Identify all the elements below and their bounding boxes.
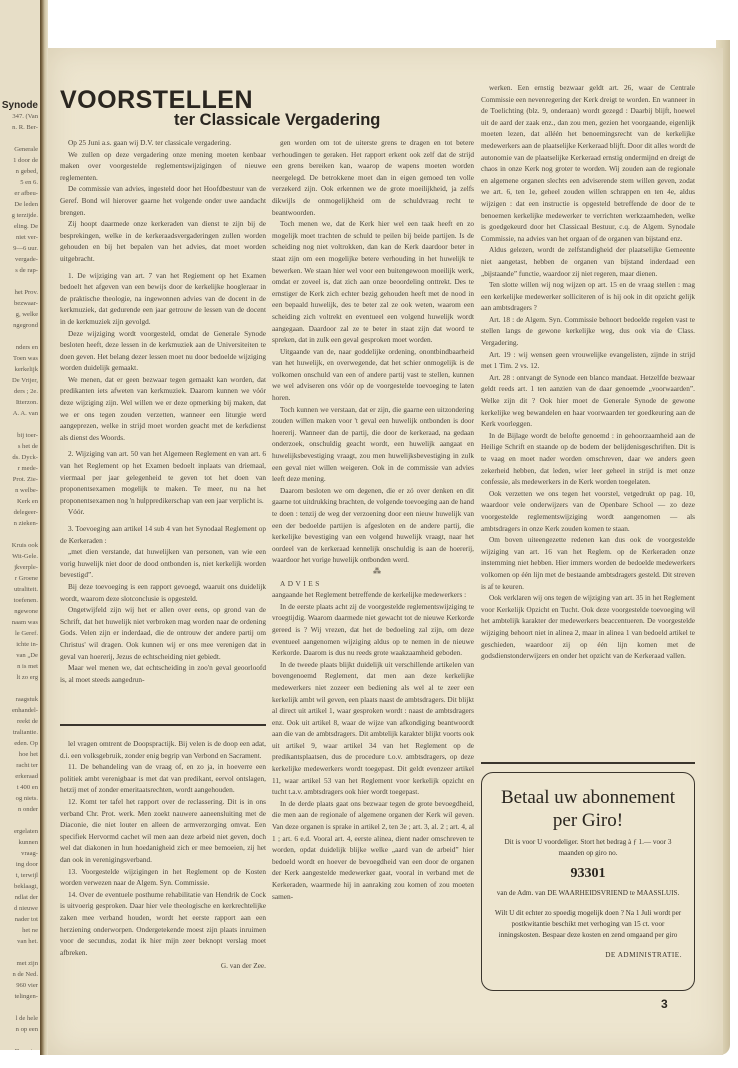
facing-page-line: 1 door de: [0, 155, 38, 166]
paragraph: Ook verklaren wij ons tegen de wijziging…: [481, 592, 695, 662]
facing-page-line: n. R. Ber-: [0, 122, 38, 133]
facing-page-line: toefenen.: [0, 595, 38, 606]
facing-page-fragment: Synode 347. (Vann. R. Ber- Generale1 doo…: [0, 0, 40, 1050]
facing-page-line: l de hele: [0, 1013, 38, 1024]
column-1-bottom: lel vragen omtrent de Doopspractijk. Bij…: [60, 738, 266, 972]
paragraph: werken. Een ernstig bezwaar geldt art. 2…: [481, 82, 695, 244]
facing-page-line: van het.: [0, 936, 38, 947]
facing-page-line: ngewone: [0, 606, 38, 617]
facing-page-line: t 400 en: [0, 782, 38, 793]
facing-page-line: niet ver-: [0, 232, 38, 243]
facing-page-line: raagstuk: [0, 694, 38, 705]
facing-page-line: ders ; 2e.: [0, 386, 38, 397]
ad-divider-rule: [481, 762, 695, 764]
facing-page-line: met zijn: [0, 958, 38, 969]
paragraph: lel vragen omtrent de Doopspractijk. Bij…: [60, 738, 266, 761]
facing-page-line: het Prov.: [0, 287, 38, 298]
paragraph: Bij deze toevoeging is een rapport gevoe…: [60, 581, 266, 604]
facing-page-line: De leden: [0, 199, 38, 210]
facing-page-line: kerkelijk: [0, 364, 38, 375]
facing-page-line: Prot. Zie-: [0, 474, 38, 485]
ad-text-3: Wilt U dit echter zo spoedig mogelijk do…: [482, 908, 694, 942]
paragraph: 2. Wijziging van art. 50 van het Algemee…: [60, 448, 266, 506]
paragraph: Toch menen we, dat de Kerk hier wel een …: [272, 218, 474, 346]
facing-page-line: s de rap-: [0, 265, 38, 276]
facing-page-line: nders en: [0, 342, 38, 353]
column-1-top: Op 25 Juni a.s. gaan wij D.V. ter classi…: [60, 137, 266, 685]
paragraph: Op 25 Juni a.s. gaan wij D.V. ter classi…: [60, 137, 266, 149]
column-3: werken. Een ernstig bezwaar geldt art. 2…: [481, 82, 695, 662]
facing-page-line: ndlat der: [0, 892, 38, 903]
ad-headline-2: per Giro!: [482, 809, 694, 833]
facing-page-line: ergelaten: [0, 826, 38, 837]
paragraph: We menen, dat er geen bezwaar tegen gema…: [60, 374, 266, 444]
facing-page-line: ds. Dyck-: [0, 452, 38, 463]
facing-page-line: og niets.: [0, 793, 38, 804]
advies-heading: ADVIES: [272, 578, 474, 590]
paragraph: Uitgaande van de, naar goddelijke ordeni…: [272, 346, 474, 404]
facing-page-line: ing door: [0, 859, 38, 870]
facing-page-line: hoe het: [0, 749, 38, 760]
paragraph: 12. Komt ter tafel het rapport over de r…: [60, 796, 266, 866]
ornament-asterism: ⁂: [272, 566, 474, 578]
paragraph: In de tweede plaats blijkt duidelijk uit…: [272, 659, 474, 798]
paragraph: Zij hoopt daarmede onze kerkeraden van d…: [60, 218, 266, 264]
facing-page-line: g terzijde.: [0, 210, 38, 221]
facing-page-line: 347. (Van: [0, 111, 38, 122]
facing-page-line: [0, 683, 38, 694]
facing-page-line: [0, 276, 38, 287]
facing-page-line: n de Ned.: [0, 969, 38, 980]
ad-text-1: Dit is voor U voordeliger. Stort het bed…: [482, 837, 694, 859]
facing-page-text: Synode 347. (Vann. R. Ber- Generale1 doo…: [0, 100, 38, 1050]
facing-page-line: [0, 133, 38, 144]
paragraph: Art. 28 : ontvangt de Synode een blanco …: [481, 372, 695, 430]
paragraph: 11. De behandeling van de vraag of, en z…: [60, 761, 266, 796]
book-gutter: [40, 0, 48, 1055]
facing-page-line: Toen was: [0, 353, 38, 364]
facing-page-line: Kruis ook: [0, 540, 38, 551]
facing-page-line: nader tot: [0, 914, 38, 925]
facing-page-line: d nieuwe: [0, 903, 38, 914]
giro-advertisement: Betaal uw abonnement per Giro! Dit is vo…: [481, 772, 695, 991]
paragraph: In de eerste plaats acht zij de voorgest…: [272, 601, 474, 659]
facing-page-line: le Geref.: [0, 628, 38, 639]
facing-page-line: [0, 419, 38, 430]
facing-page-line: [0, 1002, 38, 1013]
ad-signature: DE ADMINISTRATIE.: [482, 951, 694, 959]
facing-page-line: erkeraad: [0, 771, 38, 782]
paragraph: Ten slotte willen wij nog wijzen op art.…: [481, 279, 695, 314]
facing-page-line: [0, 815, 38, 826]
facing-page-line: van „De: [0, 650, 38, 661]
paragraph: 3. Toevoeging aan artikel 14 sub 4 van h…: [60, 523, 266, 546]
page-number: 3: [661, 997, 668, 1011]
advies-subheading: aangaande het Reglement betreffende de k…: [272, 589, 474, 601]
facing-page-line: het ne: [0, 925, 38, 936]
facing-page-line: lt zo erg: [0, 672, 38, 683]
paragraph: Vóór.: [60, 506, 266, 518]
facing-page-line: ichte in-: [0, 639, 38, 650]
facing-page-line: t, terwijl: [0, 870, 38, 881]
paragraph: 1. De wijziging van art. 7 van het Regie…: [60, 270, 266, 328]
paragraph: „met dien verstande, dat huwelijken van …: [60, 546, 266, 581]
facing-page-line: s het de: [0, 441, 38, 452]
facing-page-line: delegeer-: [0, 507, 38, 518]
facing-page-line: g, welke: [0, 309, 38, 320]
facing-page-line: 9—6 uur.: [0, 243, 38, 254]
facing-page-line: beklaagt,: [0, 881, 38, 892]
facing-page-line: Generale: [0, 144, 38, 155]
author-signature: G. van der Zee.: [60, 960, 266, 972]
paragraph: Aldus gelezen, wordt de zelfstandigheid …: [481, 244, 695, 279]
paragraph: Art. 18 : de Algem. Syn. Commissie behoo…: [481, 314, 695, 349]
facing-page-line: utraliteit.: [0, 584, 38, 595]
article-subtitle: ter Classicale Vergadering: [174, 111, 380, 130]
paragraph: Om boven uiteengezette redenen kan dus o…: [481, 534, 695, 592]
facing-page-line: r Groene: [0, 573, 38, 584]
facing-page-line: n welbe-: [0, 485, 38, 496]
facing-page-line: n is met: [0, 661, 38, 672]
paragraph: De commissie van advies, ingesteld door …: [60, 183, 266, 218]
facing-page-line: Kerk en: [0, 496, 38, 507]
ad-headline-1: Betaal uw abonnement: [482, 787, 694, 809]
facing-page-line: A. A. van: [0, 408, 38, 419]
facing-page-line: eden. Op: [0, 738, 38, 749]
facing-page-line: 960 vier: [0, 980, 38, 991]
facing-page-line: vraag-: [0, 848, 38, 859]
facing-page-line: kunnen: [0, 837, 38, 848]
facing-page-line: Itterzon.: [0, 397, 38, 408]
facing-page-line: jkverple-: [0, 562, 38, 573]
facing-page-line: racht ter: [0, 760, 38, 771]
facing-page-line: De Vrijer,: [0, 375, 38, 386]
facing-page-line: r mede-: [0, 463, 38, 474]
facing-page-line: traliantie.: [0, 727, 38, 738]
facing-page-line: enhandel-: [0, 705, 38, 716]
facing-page-line: Wit-Gele.: [0, 551, 38, 562]
facing-page-line: eling. De: [0, 221, 38, 232]
paragraph: gen worden om tot de uiterste grens te d…: [272, 137, 474, 218]
column-divider-rule: [60, 724, 266, 726]
paragraph: In de derde plaats gaat ons bezwaar tege…: [272, 798, 474, 902]
paragraph: 14. Over de eventuele posthume rehabilit…: [60, 889, 266, 959]
paragraph: In de Bijlage wordt de belofte genoemd :…: [481, 430, 695, 488]
ad-text-2: van de Adm. van DE WAARHEIDSVRIEND te MA…: [482, 888, 694, 899]
facing-page-line: bij toer-: [0, 430, 38, 441]
facing-page-line: [0, 947, 38, 958]
paragraph: Maar wel menen we, dat echtscheiding in …: [60, 662, 266, 685]
facing-page-line: 5 en 6.: [0, 177, 38, 188]
giro-number: 93301: [482, 866, 694, 882]
paragraph: Ook verzetten we ons tegen het voorstel,…: [481, 488, 695, 534]
facing-page-line: telingen-: [0, 991, 38, 1002]
facing-page-line: [0, 1035, 38, 1046]
facing-page-line: bezwaar-: [0, 298, 38, 309]
facing-page-line: Doop ter: [0, 1046, 38, 1050]
paragraph: Ongetwijfeld zijn wij het er allen over …: [60, 604, 266, 662]
column-2: gen worden om tot de uiterste grens te d…: [272, 137, 474, 902]
facing-page-line: er afbeu-: [0, 188, 38, 199]
paragraph: 13. Voorgestelde wijzigingen in het Regl…: [60, 866, 266, 889]
facing-page-line: ngegrond: [0, 320, 38, 331]
facing-page-heading: Synode: [0, 100, 38, 111]
facing-page-line: n zieken-: [0, 518, 38, 529]
facing-page-line: vergade-: [0, 254, 38, 265]
paragraph: We zullen op deze vergadering onze menin…: [60, 149, 266, 184]
facing-page-line: n op een: [0, 1024, 38, 1035]
facing-page-line: [0, 529, 38, 540]
paragraph: Art. 19 : wij wensen geen vrouwelijke ev…: [481, 349, 695, 372]
paragraph: Deze wijziging wordt voorgesteld, omdat …: [60, 328, 266, 374]
facing-page-line: n gebed,: [0, 166, 38, 177]
facing-page-line: n onder: [0, 804, 38, 815]
paragraph: Daarom besloten we om degenen, die er zó…: [272, 485, 474, 566]
facing-page-line: [0, 331, 38, 342]
facing-page-line: reekt de: [0, 716, 38, 727]
facing-page-line: naam was: [0, 617, 38, 628]
paragraph: Toch kunnen we verstaan, dat er zijn, di…: [272, 404, 474, 485]
